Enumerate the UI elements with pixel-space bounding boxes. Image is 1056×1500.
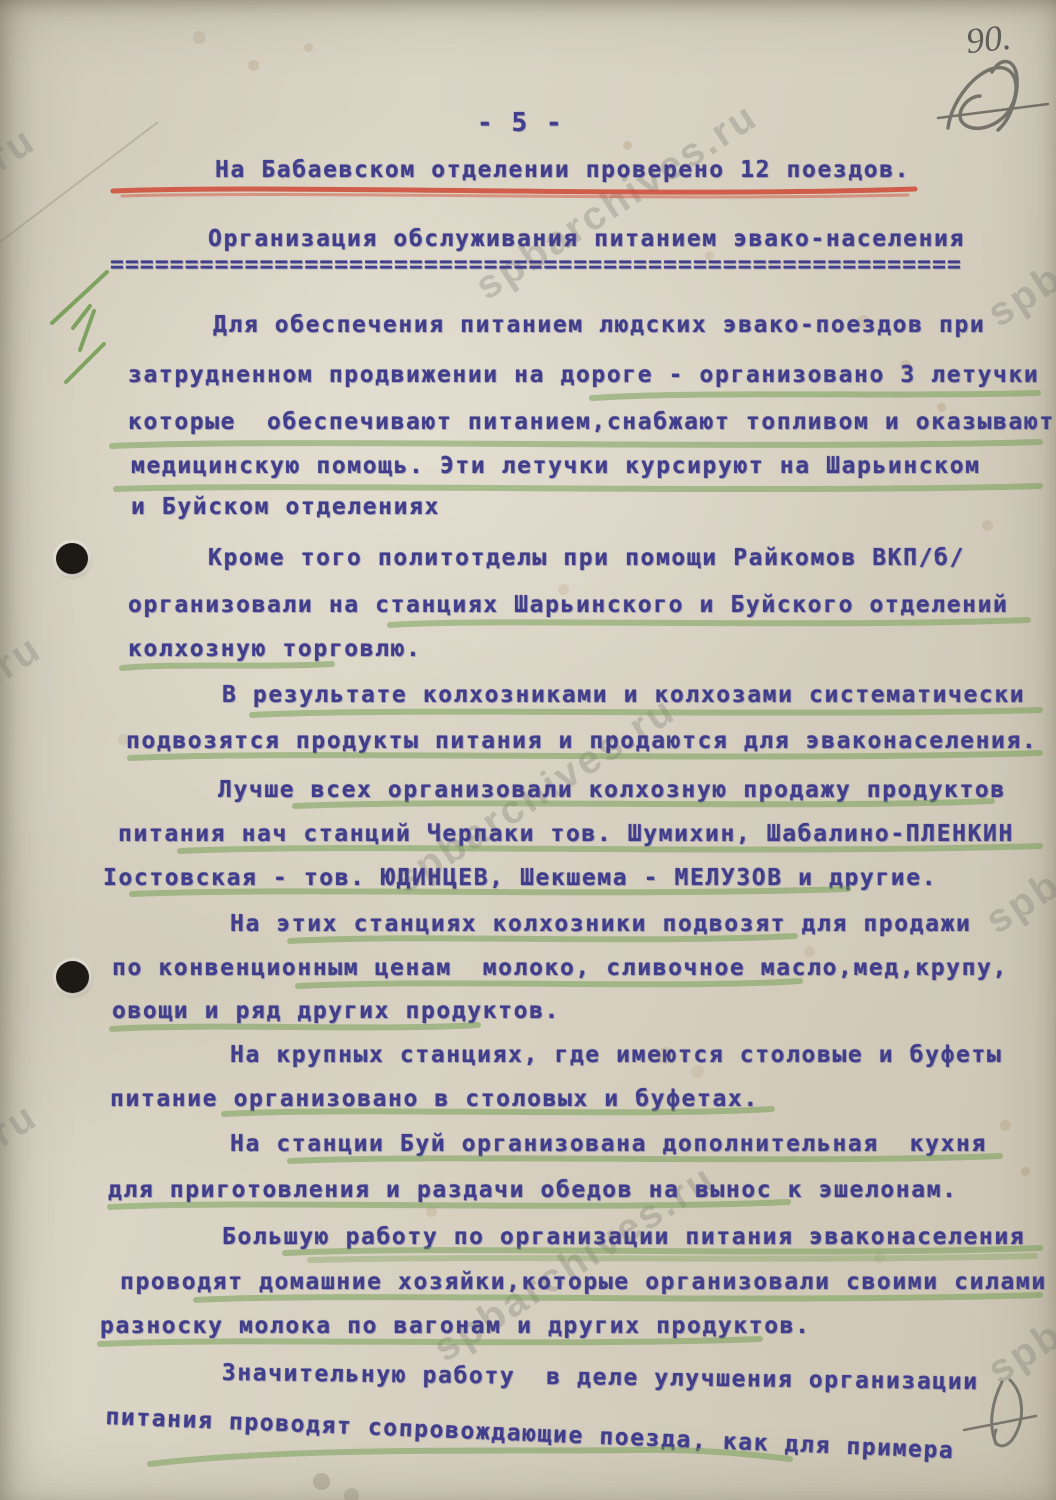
typed-line: На станции Буй организована дополнительн…	[230, 1131, 987, 1157]
typed-line: овощи и ряд других продуктов.	[112, 998, 560, 1024]
scanned-document-page: spbarchives.ru spbarchives.ru spbarchive…	[0, 0, 1056, 1500]
typed-line: Лучше всех организовали колхозную продаж…	[218, 777, 1006, 803]
watermark-right-top: spbarchives.ru	[980, 121, 1056, 337]
hole-punch-bottom	[56, 961, 89, 993]
typed-line: по конвенционным ценам молоко, сливочное…	[112, 955, 1008, 981]
paper-stains	[0, 0, 7, 7]
section-title: Организация обслуживания питанием эвако-…	[208, 226, 965, 252]
typed-line: Iостовская - тов. ЮДИНЦЕВ, Шекшема - МЕЛ…	[103, 865, 937, 891]
header-red-underlined: На Бабаевском отделении проверено 12 пое…	[215, 157, 910, 183]
pencil-scribble-top-right	[938, 62, 1048, 131]
typed-line: медицинскую помощь. Эти летучки курсирую…	[131, 453, 981, 479]
hole-punch-top	[56, 543, 88, 574]
watermark-left-bottom: spbarchives.ru	[0, 1094, 46, 1310]
typed-line: питания проводят сопровождающие поезда, …	[105, 1404, 955, 1464]
watermark-left-top: spbarchives.ru	[0, 118, 44, 334]
typed-line: Кроме того политотделы при помощи Райком…	[208, 545, 965, 571]
typed-line: На этих станциях колхозники подвозят для…	[230, 911, 971, 937]
typed-line: которые обеспечивают питанием,снабжают т…	[128, 409, 1055, 435]
handwritten-page-number: 90.	[964, 16, 1013, 62]
typed-line: питания нач станций Черпаки тов. Шумихин…	[118, 821, 1014, 847]
typed-line: подвозятся продукты питания и продаются …	[126, 728, 1037, 754]
typed-line: питание организовано в столовых и буфета…	[110, 1086, 759, 1112]
typed-line: В результате колхозниками и колхозами си…	[222, 682, 1025, 708]
margin-check-mark	[52, 272, 107, 382]
typed-line: разноску молока по вагонам и других прод…	[100, 1313, 811, 1339]
paper-crease	[0, 122, 158, 242]
typed-line: Значительную работу в деле улучшения орг…	[222, 1360, 979, 1395]
watermark-left-middle: spbarchives.ru	[0, 626, 50, 842]
typed-line: колхозную торговлю.	[128, 636, 422, 662]
typed-line: Большую работу по организации питания эв…	[222, 1224, 1025, 1250]
typed-line: Для обеспечения питанием людских эвако-п…	[213, 312, 985, 338]
typed-page-label: - 5 -	[477, 110, 563, 136]
red-underline	[113, 189, 915, 197]
section-separator: ========================================…	[110, 252, 962, 278]
typed-line: затрудненном продвижении на дороге - орг…	[128, 362, 1039, 388]
typed-line: для приготовления и раздачи обедов на вы…	[108, 1177, 958, 1203]
typed-line: и Буйском отделениях	[131, 494, 440, 520]
typed-line: проводят домашние хозяйки,которые органи…	[120, 1269, 1047, 1295]
typed-line: организовали на станциях Шарьинского и Б…	[128, 592, 1009, 618]
typed-line: На крупных станциях, где имеются столовы…	[230, 1042, 1002, 1068]
